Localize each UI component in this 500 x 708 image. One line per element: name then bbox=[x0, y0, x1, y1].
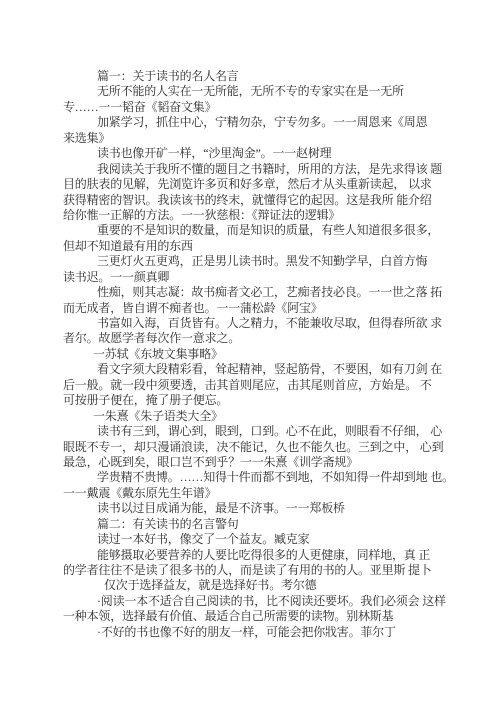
text-line: 读书以过目成诵为能，最是不济事。一一郑板桥 bbox=[63, 501, 445, 516]
text-line: 来选集》 bbox=[63, 131, 445, 146]
text-line: 重要的不是知识的数量，而是知识的质量，有些人知道很多很多， bbox=[63, 223, 445, 238]
text-line: 获得精密的智识。我读该书的终末，就懂得它的起因。这是我所 能介绍 bbox=[63, 193, 445, 208]
text-line: 读书迟。一一颜真卿 bbox=[63, 270, 445, 285]
text-line: 但却不知道最有用的东西 bbox=[63, 239, 445, 254]
bullet-text-line: ·不好的书也像不好的朋友一样，可能会把你戕害。菲尔丁 bbox=[63, 625, 445, 640]
text-line: 一一戴震《戴东原先生年谱》 bbox=[63, 486, 445, 501]
text-line: 而无成者，皆自谓不痴者也。一一蒲松龄《阿宝》 bbox=[63, 301, 445, 316]
text-line: 读书也像开矿一样，“沙里淘金”。一一赵树理 bbox=[63, 146, 445, 161]
document-body: 篇一：关于读书的名人名言 无所不能的人实在一无所能，无所不专的专家实在是一无所 … bbox=[63, 69, 445, 640]
section-title: 篇二：有关读书的名言警句 bbox=[63, 517, 445, 532]
text-line: 读过一本好书，像交了一个益友。臧克家 bbox=[63, 532, 445, 547]
text-line: 看文字须大段精彩看，耸起精神，竖起筋骨，不要困，如有刀剑 在 bbox=[63, 362, 445, 377]
text-line: 仅次于选择益友，就是选择好书。考尔德 bbox=[63, 578, 445, 593]
text-line: 眼既不专一，却只漫诵浪读，决不能记，久也不能久也。三到之中， 心到 bbox=[63, 440, 445, 455]
text-line: 后一般。就一段中须要透，击其首则尾应，击其尾则首应，方始是。 不 bbox=[63, 378, 445, 393]
text-line: 三更灯火五更鸡，正是男儿读书时。黑发不知勤学早，白首方悔 bbox=[63, 254, 445, 269]
text-line: 能够摄取必要营养的人要比吃得很多的人更健康，同样地，真 正 bbox=[63, 548, 445, 563]
text-line: 者尔。故愿学者每次作一意求之。 bbox=[63, 331, 445, 346]
document-page: 篇一：关于读书的名人名言 无所不能的人实在一无所能，无所不专的专家实在是一无所 … bbox=[0, 0, 500, 708]
attribution-line: 一苏轼《东坡文集事略》 bbox=[63, 347, 445, 362]
text-line: 专……一一韬奋《韬奋文集》 bbox=[63, 100, 445, 115]
text-line: 可按册子便在，掩了册子便忘。 bbox=[63, 393, 445, 408]
text-line: 目的肤表的见解，先浏览许多页和好多章，然后才从头重新读起， 以求 bbox=[63, 177, 445, 192]
text-line: 性痴，则其志凝：故书痴者文必工，艺痴者技必良。一一世之落 拓 bbox=[63, 285, 445, 300]
attribution-line: 一朱熹《朱子语类大全》 bbox=[63, 409, 445, 424]
text-line: 的学者往往不是读了很多书的人，而是读了有用的书的人。亚里斯 提卜 bbox=[63, 563, 445, 578]
text-line: 我阅读关于我所不懂的题目之书籍时，所用的方法，是先求得该 题 bbox=[63, 162, 445, 177]
text-line: 最急，心既到矣，眼口岂不到乎？一一朱熹《训学斋规》 bbox=[63, 455, 445, 470]
text-line: 书富如入海，百货皆有。人之精力，不能兼收尽取，但得春所欲 求 bbox=[63, 316, 445, 331]
text-line: 加紧学习，抓住中心，宁精勿杂，宁专勿多。一一周恩来《周恩 bbox=[63, 115, 445, 130]
bullet-text-line: ·阅读一本不适合自己阅读的书，比不阅读还要坏。我们必须会 这样 bbox=[63, 594, 445, 609]
text-line: 无所不能的人实在一无所能，无所不专的专家实在是一无所 bbox=[63, 84, 445, 99]
text-line: 一种本领，选择最有价值、最适合自己所需要的读物。别林斯基 bbox=[63, 609, 445, 624]
text-line: 学贵精不贵博。……知得十件而都不到地，不如知得一件却到地 也。 bbox=[63, 470, 445, 485]
section-title: 篇一：关于读书的名人名言 bbox=[63, 69, 445, 84]
text-line: 给你惟一正解的方法。一一狄慈根：《辩证法的逻辑》 bbox=[63, 208, 445, 223]
text-line: 读书有三到，谓心到，眼到，口到。心不在此，则眼看不仔细， 心 bbox=[63, 424, 445, 439]
